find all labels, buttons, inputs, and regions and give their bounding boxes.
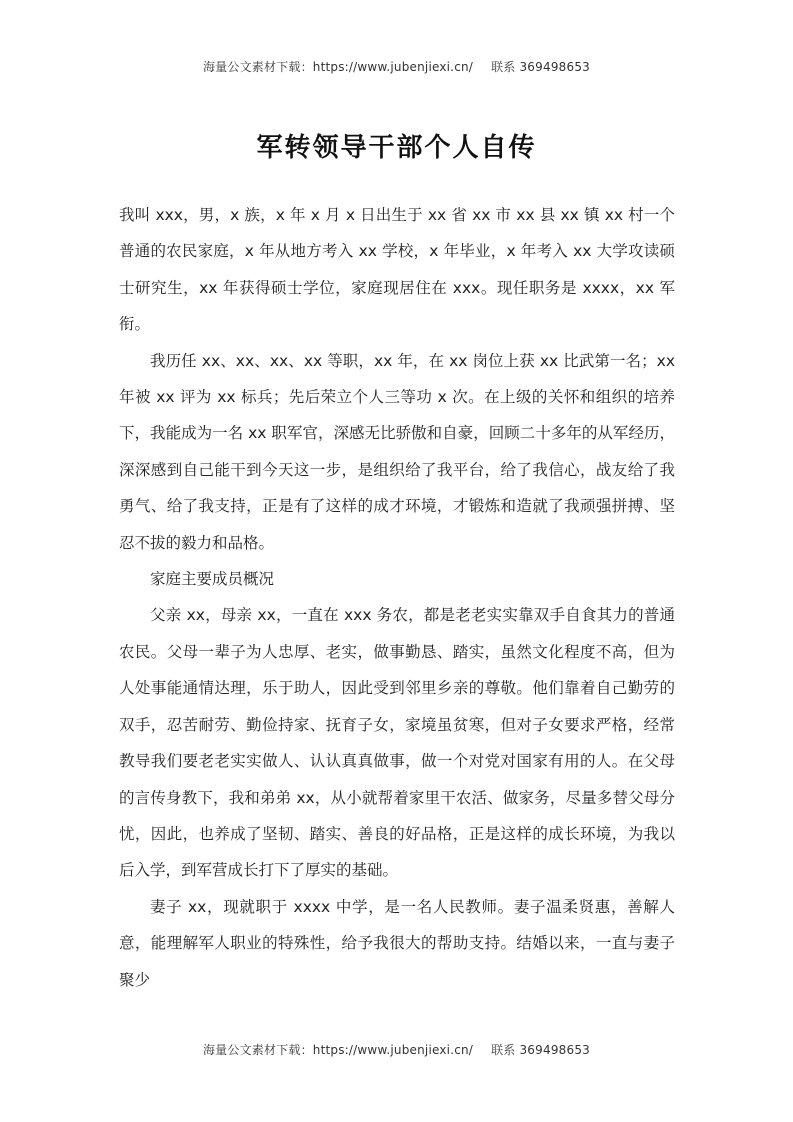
footer-url-link[interactable]: https://www.jubenjiexi.cn/ [313,1043,473,1057]
footer-site-label: 海量公文素材下载： [203,1043,313,1057]
paragraph-intro: 我叫 xxx，男，x 族，x 年 x 月 x 日出生于 xx 省 xx 市 xx… [119,197,675,343]
page-header: 海量公文素材下载：https://www.jubenjiexi.cn/联系 36… [0,58,793,75]
paragraph-career: 我历任 xx、xx、xx、xx 等职，xx 年，在 xx 岗位上获 xx 比武第… [119,343,675,561]
header-url-link[interactable]: https://www.jubenjiexi.cn/ [313,60,473,74]
header-contact: 联系 369498653 [491,60,590,74]
paragraph-parents: 父亲 xx，母亲 xx，一直在 xxx 务农，都是老老实实靠双手自食其力的普通农… [119,597,675,888]
header-site-label: 海量公文素材下载： [203,60,313,74]
section-heading-family: 家庭主要成员概况 [119,561,675,597]
document-body: 我叫 xxx，男，x 族，x 年 x 月 x 日出生于 xx 省 xx 市 xx… [119,197,675,998]
page-footer: 海量公文素材下载：https://www.jubenjiexi.cn/联系 36… [0,1041,793,1058]
footer-contact: 联系 369498653 [491,1043,590,1057]
paragraph-wife: 妻子 xx，现就职于 xxxx 中学，是一名人民教师。妻子温柔贤惠，善解人意，能… [119,889,675,998]
document-title: 军转领导干部个人自传 [0,127,793,164]
